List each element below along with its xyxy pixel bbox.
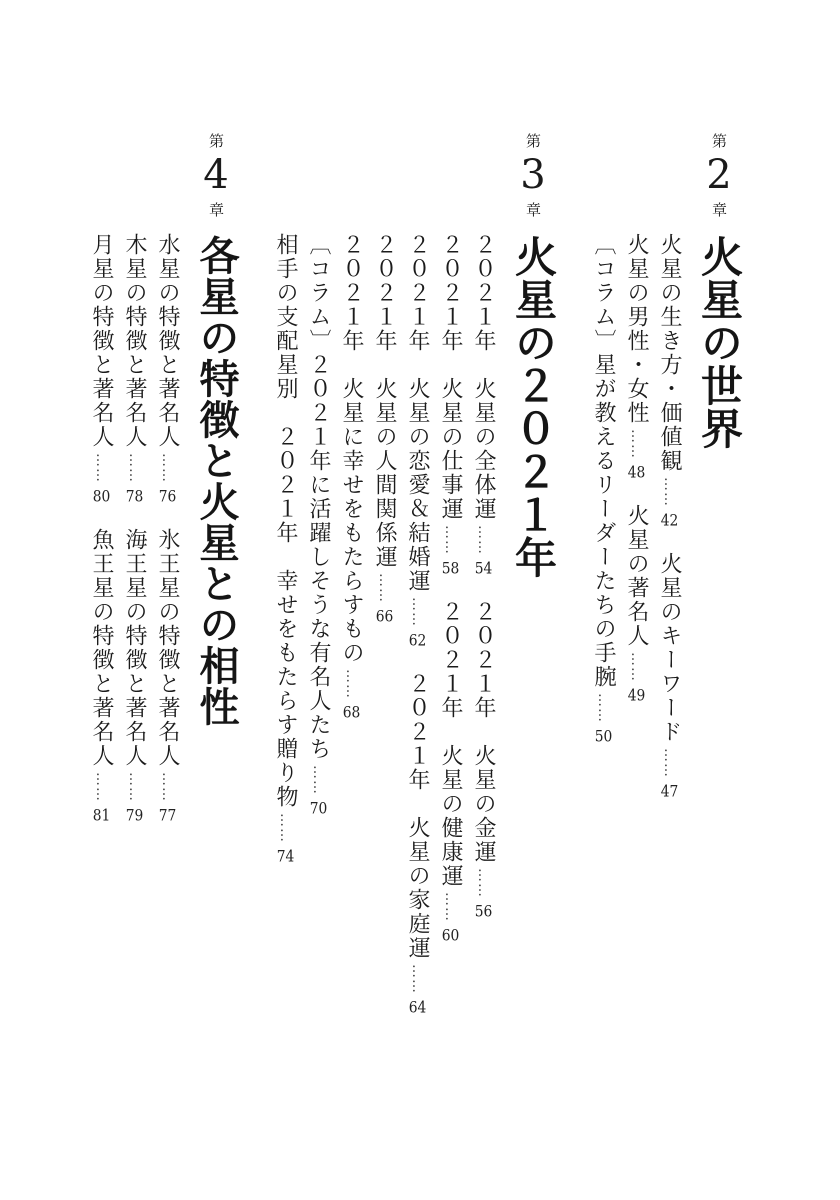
- toc-entry: 水星の特徴と著名人……76: [156, 233, 178, 504]
- toc-entry: ２０２１年 火星に幸せをもたらすもの……68: [340, 233, 362, 720]
- toc-entry-page: 47: [660, 783, 679, 799]
- toc-column: 火星の生き方・価値観……42火星のキーワード……47: [658, 233, 680, 1143]
- toc-entry: ２０２１年 火星の金運……56: [472, 600, 494, 919]
- toc-entry: 海王星の特徴と著名人……79: [123, 528, 145, 823]
- toc-entry: 火星の生き方・価値観……42: [658, 233, 680, 528]
- toc-entry-title: ２０２１年 火星の家庭運: [405, 672, 430, 960]
- toc-entry: ２０２１年 火星の仕事運……58: [439, 233, 461, 576]
- leader-dots: ……: [159, 772, 175, 802]
- chapter-title: 各星の特徴と火星との相性: [193, 235, 240, 727]
- leader-dots: ……: [126, 453, 142, 483]
- chapter-number-suffix: 章: [710, 202, 728, 217]
- toc-entry: 〔コラム〕２０２１年に活躍しそうな有名人たち……70: [307, 233, 329, 816]
- toc-entry-page: 49: [627, 687, 646, 703]
- toc-entry-title: ２０２１年 火星の仕事運: [438, 233, 463, 521]
- toc-entry-title: 氷王星の特徴と著名人: [155, 528, 180, 768]
- toc-entry: 相手の支配星別 ２０２１年 幸せをもたらす贈り物……74: [274, 233, 296, 864]
- toc-entry-title: 火星のキーワード: [657, 552, 682, 744]
- chapter-number-prefix: 第: [207, 133, 225, 148]
- leader-dots: ……: [475, 525, 491, 555]
- toc-entry-page: 50: [594, 728, 613, 744]
- toc-entry: 魚王星の特徴と著名人……81: [90, 528, 112, 823]
- toc-entry-page: 48: [627, 464, 646, 480]
- toc-entry-title: ２０２１年 火星の金運: [471, 600, 496, 864]
- leader-dots: ……: [343, 669, 359, 699]
- toc-entry: 木星の特徴と著名人……78: [123, 233, 145, 504]
- toc-entry-page: 70: [309, 800, 328, 816]
- chapter-number-suffix: 章: [207, 202, 225, 217]
- leader-dots: ……: [159, 453, 175, 483]
- leader-dots: ……: [126, 772, 142, 802]
- toc-entry-title: 〔コラム〕２０２１年に活躍しそうな有名人たち: [306, 233, 331, 761]
- toc-entry: 月星の特徴と著名人……80: [90, 233, 112, 504]
- chapter-number: 3: [510, 155, 556, 195]
- toc-entry-page: 42: [660, 512, 679, 528]
- toc-entry-page: 76: [158, 488, 177, 504]
- toc-column: 〔コラム〕星が教えるリーダーたちの手腕……50: [592, 233, 614, 1143]
- toc-entry-title: 水星の特徴と著名人: [155, 233, 180, 449]
- toc-entry-page: 58: [441, 560, 460, 576]
- chapter-number: 2: [696, 155, 742, 195]
- toc-column: ２０２１年 火星に幸せをもたらすもの……68: [340, 233, 362, 1143]
- toc-entry-title: 〔コラム〕星が教えるリーダーたちの手腕: [591, 233, 616, 689]
- toc-entry-page: 80: [92, 488, 111, 504]
- leader-dots: ……: [409, 597, 425, 627]
- chapter-heading: 第2章火星の世界: [698, 133, 740, 1143]
- leader-dots: ……: [310, 765, 326, 795]
- leader-dots: ……: [628, 652, 644, 682]
- leader-dots: ……: [475, 868, 491, 898]
- toc-entry-page: 54: [474, 560, 493, 576]
- leader-dots: ……: [376, 573, 392, 603]
- toc-entry-page: 81: [92, 807, 111, 823]
- toc-entry-title: 火星の著名人: [624, 504, 649, 648]
- toc-entry: 氷王星の特徴と著名人……77: [156, 528, 178, 823]
- chapter-number: 4: [193, 155, 239, 195]
- toc-column: 水星の特徴と著名人……76氷王星の特徴と著名人……77: [156, 233, 178, 1143]
- toc-column: 月星の特徴と著名人……80魚王星の特徴と著名人……81: [90, 233, 112, 1143]
- leader-dots: ……: [595, 693, 611, 723]
- toc-entry-page: 56: [474, 903, 493, 919]
- toc-entry: ２０２１年 火星の全体運……54: [472, 233, 494, 576]
- leader-dots: ……: [628, 429, 644, 459]
- toc-column: 相手の支配星別 ２０２１年 幸せをもたらす贈り物……74: [274, 233, 296, 1143]
- toc-column: ２０２１年 火星の全体運……54２０２１年 火星の金運……56: [472, 233, 494, 1143]
- chapter-title: 火星の２０２１年: [509, 235, 558, 579]
- toc-entry: ２０２１年 火星の人間関係運……66: [373, 233, 395, 624]
- leader-dots: ……: [442, 892, 458, 922]
- leader-dots: ……: [277, 813, 293, 843]
- toc-entry-page: 78: [125, 488, 144, 504]
- toc-entry: 火星の著名人……49: [625, 504, 647, 703]
- leader-dots: ……: [661, 477, 677, 507]
- toc-entry-title: 海王星の特徴と著名人: [122, 528, 147, 768]
- toc-entry-title: 火星の生き方・価値観: [657, 233, 682, 473]
- toc-entry-title: ２０２１年 火星の全体運: [471, 233, 496, 521]
- toc-entry-title: 木星の特徴と著名人: [122, 233, 147, 449]
- chapter-entries: 火星の生き方・価値観……42火星のキーワード……47火星の男性・女性……48火星…: [592, 133, 680, 1143]
- toc-entry: 火星の男性・女性……48: [625, 233, 647, 480]
- chapter-section-3: 第3章火星の２０２１年２０２１年 火星の全体運……54２０２１年 火星の金運………: [274, 133, 554, 1143]
- toc-entry-title: ２０２１年 火星に幸せをもたらすもの: [339, 233, 364, 665]
- toc-entry: ２０２１年 火星の家庭運……64: [406, 672, 428, 1015]
- toc-entry-title: ２０２１年 火星の人間関係運: [372, 233, 397, 569]
- toc-column: 〔コラム〕２０２１年に活躍しそうな有名人たち……70: [307, 233, 329, 1143]
- chapter-heading: 第3章火星の２０２１年: [512, 133, 554, 1143]
- toc-entry-page: 68: [342, 704, 361, 720]
- toc-entry: 火星のキーワード……47: [658, 552, 680, 799]
- chapter-section-2: 第2章火星の世界火星の生き方・価値観……42火星のキーワード……47火星の男性・…: [592, 133, 740, 1143]
- toc-entry: 〔コラム〕星が教えるリーダーたちの手腕……50: [592, 233, 614, 744]
- toc-column: ２０２１年 火星の人間関係運……66: [373, 233, 395, 1143]
- toc-column: 火星の男性・女性……48火星の著名人……49: [625, 233, 647, 1143]
- chapter-heading: 第4章各星の特徴と火星との相性: [196, 133, 236, 1143]
- toc-entry: ２０２１年 火星の恋愛＆結婚運……62: [406, 233, 428, 648]
- leader-dots: ……: [661, 748, 677, 778]
- toc-entry: ２０２１年 火星の健康運……60: [439, 600, 461, 943]
- toc-entry-page: 66: [375, 608, 394, 624]
- toc-column: ２０２１年 火星の恋愛＆結婚運……62２０２１年 火星の家庭運……64: [406, 233, 428, 1143]
- toc-entry-title: 月星の特徴と著名人: [89, 233, 114, 449]
- chapter-entries: ２０２１年 火星の全体運……54２０２１年 火星の金運……56２０２１年 火星の…: [274, 133, 494, 1143]
- chapter-section-4: 第4章各星の特徴と火星との相性水星の特徴と著名人……76氷王星の特徴と著名人………: [90, 133, 236, 1143]
- toc-entry-page: 77: [158, 807, 177, 823]
- toc-entry-page: 79: [125, 807, 144, 823]
- toc-entry-page: 74: [276, 848, 295, 864]
- toc-entry-page: 60: [441, 927, 460, 943]
- table-of-contents: 第2章火星の世界火星の生き方・価値観……42火星のキーワード……47火星の男性・…: [52, 133, 740, 1143]
- toc-column: ２０２１年 火星の仕事運……58２０２１年 火星の健康運……60: [439, 233, 461, 1143]
- leader-dots: ……: [442, 525, 458, 555]
- leader-dots: ……: [93, 772, 109, 802]
- toc-entry-title: 火星の男性・女性: [624, 233, 649, 425]
- toc-entry-title: ２０２１年 火星の健康運: [438, 600, 463, 888]
- leader-dots: ……: [409, 964, 425, 994]
- toc-page: 第2章火星の世界火星の生き方・価値観……42火星のキーワード……47火星の男性・…: [0, 0, 840, 1200]
- toc-column: 木星の特徴と著名人……78海王星の特徴と著名人……79: [123, 233, 145, 1143]
- chapter-entries: 水星の特徴と著名人……76氷王星の特徴と著名人……77木星の特徴と著名人……78…: [90, 133, 178, 1143]
- toc-entry-title: ２０２１年 火星の恋愛＆結婚運: [405, 233, 430, 593]
- chapter-number-prefix: 第: [524, 133, 542, 148]
- chapter-title: 火星の世界: [695, 235, 744, 450]
- toc-entry-title: 魚王星の特徴と著名人: [89, 528, 114, 768]
- chapter-number-prefix: 第: [710, 133, 728, 148]
- leader-dots: ……: [93, 453, 109, 483]
- chapter-number-suffix: 章: [524, 202, 542, 217]
- toc-entry-page: 62: [408, 632, 427, 648]
- toc-entry-page: 64: [408, 999, 427, 1015]
- toc-entry-title: 相手の支配星別 ２０２１年 幸せをもたらす贈り物: [273, 233, 298, 809]
